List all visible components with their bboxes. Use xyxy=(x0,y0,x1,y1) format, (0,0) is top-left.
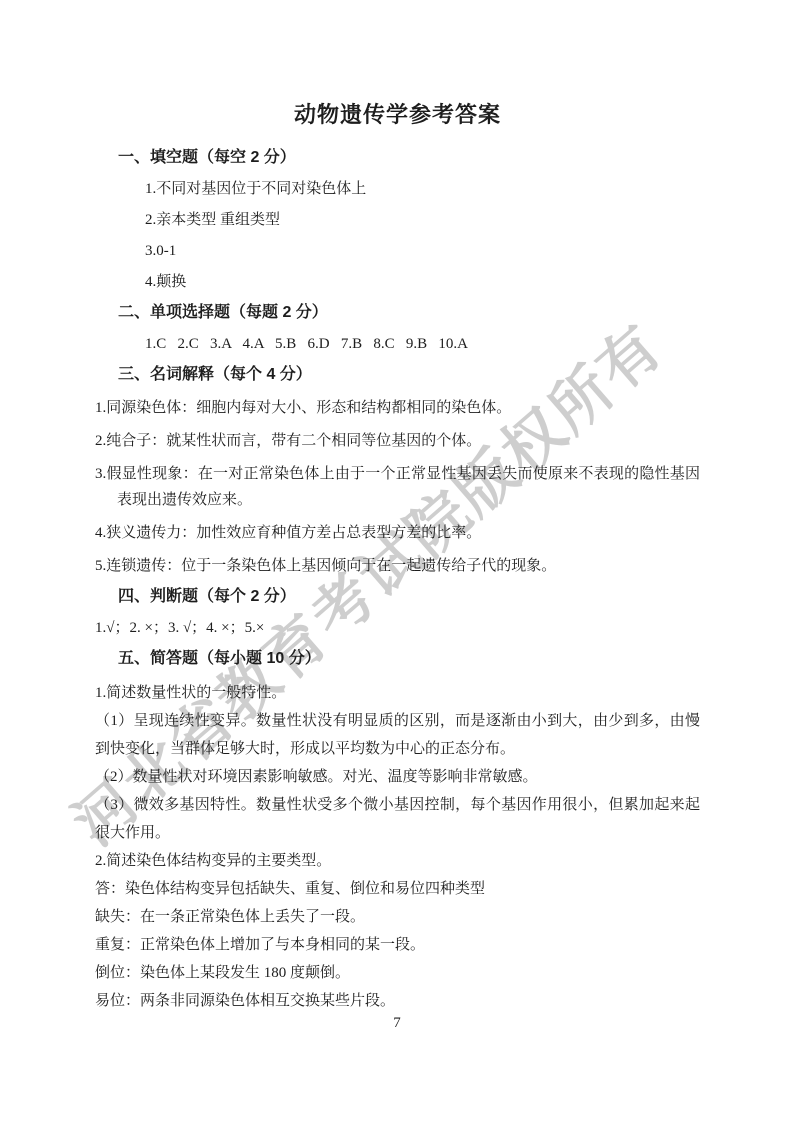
page-content: 动物遗传学参考答案 一、填空题（每空 2 分） 1.不同对基因位于不同对染色体上… xyxy=(0,0,794,1015)
short-answer-question: 1.简述数量性状的一般特性。 xyxy=(95,679,700,707)
section-fill-in-blank: 一、填空题（每空 2 分） 1.不同对基因位于不同对染色体上 2.亲本类型 重组… xyxy=(95,147,700,293)
section-terms: 三、名词解释（每个 4 分） 1.同源染色体：细胞内每对大小、形态和结构都相同的… xyxy=(95,364,700,579)
short-answer-line: 重复：正常染色体上增加了与本身相同的某一段。 xyxy=(95,931,700,959)
fill-blank-answer: 4.颠换 xyxy=(95,271,700,293)
choice-answers-row: 1.C 2.C 3.A 4.A 5.B 6.D 7.B 8.C 9.B 10.A xyxy=(95,333,700,355)
section-heading-terms: 三、名词解释（每个 4 分） xyxy=(95,364,700,386)
section-short-answer: 五、简答题（每小题 10 分） 1.简述数量性状的一般特性。 （1）呈现连续性变… xyxy=(95,648,700,1015)
section-single-choice: 二、单项选择题（每题 2 分） 1.C 2.C 3.A 4.A 5.B 6.D … xyxy=(95,302,700,355)
section-true-false: 四、判断题（每个 2 分） 1.√；2. ×；3. √；4. ×；5.× xyxy=(95,586,700,639)
short-answer-point: （2）数量性状对环境因素影响敏感。对光、温度等影响非常敏感。 xyxy=(95,763,700,791)
term-definition: 4.狭义遗传力：加性效应育种值方差占总表型方差的比率。 xyxy=(95,520,700,546)
section-heading-fill-in-blank: 一、填空题（每空 2 分） xyxy=(95,147,700,169)
fill-blank-answer: 1.不同对基因位于不同对染色体上 xyxy=(95,178,700,200)
true-false-answers-row: 1.√；2. ×；3. √；4. ×；5.× xyxy=(95,617,700,639)
short-answer-line: 易位：两条非同源染色体相互交换某些片段。 xyxy=(95,987,700,1015)
document-page: 河北省教育考试院版权所有 动物遗传学参考答案 一、填空题（每空 2 分） 1.不… xyxy=(0,0,794,1123)
short-answer-point: （1）呈现连续性变异。数量性状没有明显质的区别，而是逐渐由小到大，由少到多，由慢… xyxy=(95,707,700,763)
term-definition: 5.连锁遗传：位于一条染色体上基因倾向于在一起遗传给子代的现象。 xyxy=(95,553,700,579)
term-definition: 2.纯合子：就某性状而言，带有二个相同等位基因的个体。 xyxy=(95,428,700,454)
fill-blank-answer: 2.亲本类型 重组类型 xyxy=(95,209,700,231)
fill-blank-answer: 3.0-1 xyxy=(95,240,700,262)
term-definition: 1.同源染色体：细胞内每对大小、形态和结构都相同的染色体。 xyxy=(95,395,700,421)
short-answer-point: （3）微效多基因特性。数量性状受多个微小基因控制，每个基因作用很小，但累加起来起… xyxy=(95,791,700,847)
page-number: 7 xyxy=(0,1012,794,1034)
short-answer-line: 倒位：染色体上某段发生 180 度颠倒。 xyxy=(95,959,700,987)
short-answer-line: 缺失：在一条正常染色体上丢失了一段。 xyxy=(95,903,700,931)
term-definition: 3.假显性现象：在一对正常染色体上由于一个正常显性基因丢失而使原来不表现的隐性基… xyxy=(95,461,700,513)
document-title: 动物遗传学参考答案 xyxy=(95,100,700,130)
section-heading-single-choice: 二、单项选择题（每题 2 分） xyxy=(95,302,700,324)
section-heading-short-answer: 五、简答题（每小题 10 分） xyxy=(95,648,700,670)
short-answer-question: 2.简述染色体结构变异的主要类型。 xyxy=(95,847,700,875)
section-heading-true-false: 四、判断题（每个 2 分） xyxy=(95,586,700,608)
short-answer-line: 答：染色体结构变异包括缺失、重复、倒位和易位四种类型 xyxy=(95,875,700,903)
